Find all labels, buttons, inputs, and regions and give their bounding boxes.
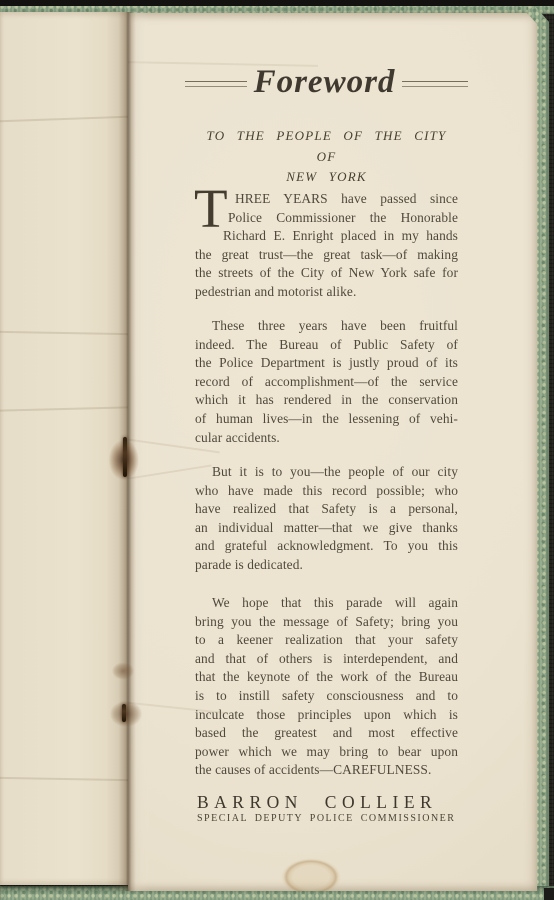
text-line: Police Commissioner the Honorable [195,209,458,228]
title-row: Foreword [183,64,470,101]
salutation-line-1: TO THE PEOPLE OF THE CITY OF [195,126,458,167]
text-line: which it has rendered in the conservatio… [195,391,458,410]
rust-stain [109,660,137,682]
signature-role: SPECIAL DEPUTY POLICE COMMISSIONER [197,813,458,824]
scanned-book-page: Foreword TO THE PEOPLE OF THE CITY OF NE… [0,0,554,900]
text-line: an individual matter—that we give thanks [195,519,458,538]
text-line: the Police Department is justly proud of… [195,354,458,373]
text-line: and that of others is interdependent, an… [195,650,458,669]
text-line: the causes of accidents—CAREFULNESS. [195,761,458,780]
text-line: and grateful acknowledgment. To you this [195,537,458,556]
text-line: parade is dedicated. [195,556,458,575]
text-line: inculcate those principles upon which is [195,706,458,725]
paragraph-4: We hope that this parade will again brin… [195,594,458,780]
text-line: based the greatest and most effective [195,724,458,743]
text-line: bring you the message of Safety; bring y… [195,613,458,632]
printed-text-block: Foreword TO THE PEOPLE OF THE CITY OF NE… [195,0,458,900]
text-line: have realized that Safety is a personal, [195,500,458,519]
text-line: HREE YEARS have passed since [195,190,458,209]
binding-staple [122,704,126,722]
text-line: power which we may bring to bear upon [195,743,458,762]
text-line: indeed. The Bureau of Public Safety of [195,336,458,355]
title-rule-left [185,81,247,87]
text-line: But it is to you—the people of our city [195,463,458,482]
text-line: Richard E. Enright placed in my hands [195,227,458,246]
salutation-line-2: NEW YORK [195,167,458,188]
paragraph-2: These three years have been fruitful ind… [195,317,458,447]
cover-corner-shadow [544,888,554,900]
text-line: who have made this record possible; who [195,482,458,501]
text-line: that the keynote of the work of the Bure… [195,668,458,687]
text-line: is to instill safety consciousness and t… [195,687,458,706]
title-rule-right [402,81,468,87]
paragraph-3: But it is to you—the people of our city … [195,463,458,575]
paragraph-1: T HREE YEARS have passed since Police Co… [195,190,458,302]
text-line: We hope that this parade will again [195,594,458,613]
text-line: cular accidents. [195,429,458,448]
text-line: to a keener realization that your safety [195,631,458,650]
text-line: record of accomplishment—of the service [195,373,458,392]
text-line: the great trust—the great task—of making [195,246,458,265]
binding-staple [123,437,127,477]
text-line: pedestrian and motorist alike. [195,283,458,302]
page-title: Foreword [254,64,396,101]
salutation: TO THE PEOPLE OF THE CITY OF NEW YORK [195,126,458,188]
rust-stain [106,698,146,730]
text-line: of human lives—in the lessening of vehi- [195,410,458,429]
text-line: These three years have been fruitful [195,317,458,336]
text-line: the streets of the City of New York safe… [195,264,458,283]
rust-stain [104,436,140,484]
drop-cap: T [194,187,228,231]
signature-name: BARRON COLLIER [197,792,458,813]
